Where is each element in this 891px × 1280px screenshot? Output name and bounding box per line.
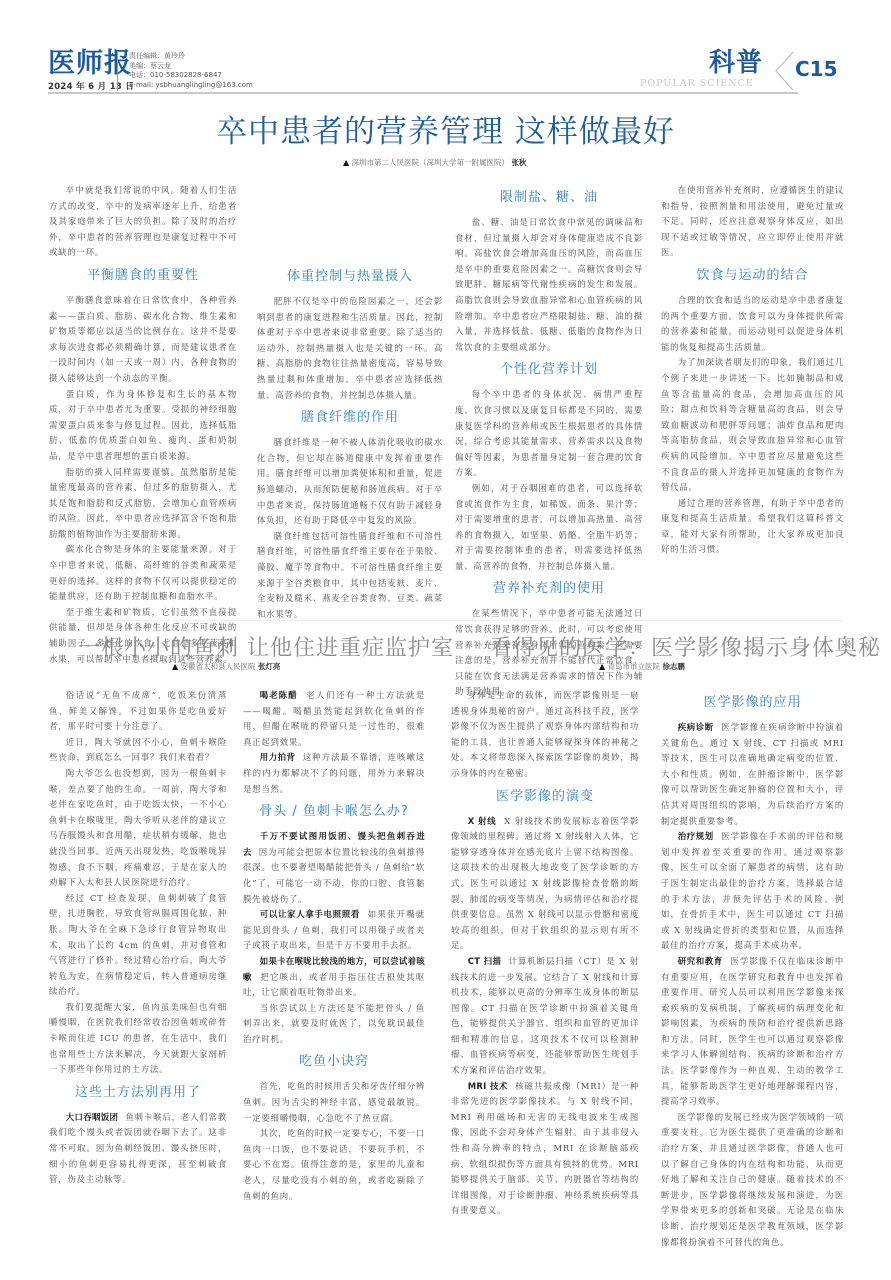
paragraph: 为了加深读者朋友们的印象，我们通过几个例子来进一步讲述一下。比如腌制品和咸鱼等含… bbox=[661, 355, 844, 495]
section-heading: 医学影像的应用 bbox=[661, 694, 844, 712]
byline-author: 张秋 bbox=[511, 158, 526, 167]
article1-column-3: 限制盐、糖、油 盐、糖、油是日常饮食中常见的调味品和食材，但过量摄入却会对身体健… bbox=[455, 183, 643, 700]
tip-paragraph: MRI 技术 核磁共振成像（MRI）是一种非常先进的医学影像技术。与 X 射线不… bbox=[451, 1079, 639, 1219]
paragraph: 每个卒中患者的身体状况、病情严重程度、饮食习惯以及康复目标都是不同的，需要康复医… bbox=[455, 387, 643, 481]
paragraph: 当你尝试以上方法还是不能把骨头 / 鱼刺弄出来，就要及时就医了，以免耽误最佳治疗… bbox=[243, 1001, 425, 1048]
section-heading: 体重控制与热量摄入 bbox=[257, 268, 443, 286]
paragraph: 膳食纤维包括可溶性膳食纤维和不可溶性膳食纤维，可溶性膳食纤维主要存在于果胶、藻胶… bbox=[257, 529, 443, 623]
triangle-icon: ▲ bbox=[172, 662, 178, 671]
tip-paragraph: 可以让家人拿手电照照看 如果张开嘴就能见到骨头 / 鱼刺，我们可以用镊子或者夹子… bbox=[243, 907, 425, 954]
paragraph: 平衡膳食意味着在日常饮食中，各种营养素——蛋白质、脂肪、碳水化合物、维生素和矿物… bbox=[49, 293, 237, 387]
tip-paragraph: 疾病诊断 医学影像在疾病诊断中扮演着关键角色。通过 X 射线、CT 扫描或 MR… bbox=[661, 720, 844, 829]
tip-paragraph: CT 扫描 计算机断层扫描（CT）是 X 射线技术的进一步发展。它结合了 X 射… bbox=[451, 954, 639, 1079]
tip-label: 治疗规划 bbox=[678, 831, 714, 841]
article1-column-1: 卒中就是我们常说的中风。随着人们生活方式的改变，卒中的发病率逐年上升，给患者及其… bbox=[49, 183, 237, 667]
tip-paragraph: 研究和教育 医学影像不仅在临床诊断中有重要应用，在医学研究和教育中也发挥着重要作… bbox=[661, 954, 844, 1110]
newspaper-logo: 医师报 bbox=[48, 49, 132, 79]
paragraph: 盐、糖、油是日常饮食中常见的调味品和食材，但过量摄入却会对身体健康造成不良影响。… bbox=[455, 215, 643, 355]
section-heading: 膳食纤维的作用 bbox=[257, 409, 443, 427]
masthead-rule bbox=[48, 92, 798, 94]
byline-org: 青岛市市立医院 bbox=[608, 662, 661, 671]
section-heading: 这些土方法别再用了 bbox=[49, 1084, 227, 1102]
section-heading: 个性化营养计划 bbox=[455, 361, 643, 379]
paragraph: 陶大爷怎么也没想到，因为一根鱼刺卡喉，差点要了他的生命。一周前，陶大爷和老伴在家… bbox=[49, 766, 227, 891]
article1-byline: ▲ 深圳市第二人民医院（深圳大学第一附属医院） 张秋 bbox=[343, 157, 526, 168]
paragraph: 其次，吃鱼的时候一定要专心，不要一口鱼肉一口饭，也不要说话，不要玩手机，不要心不… bbox=[243, 1126, 425, 1204]
page-number: C15 bbox=[795, 57, 838, 81]
paragraph: 身体是生命的载体，而医学影像则是一扇透视身体奥秘的窗户。通过高科技手段，医学影像… bbox=[451, 688, 639, 782]
paragraph: 合理的饮食和适当的运动是卒中患者康复的两个重要方面。饮食可以为身体提供所需的营养… bbox=[661, 293, 844, 355]
byline-org: 深圳市第二人民医院（深圳大学第一附属医院） bbox=[352, 158, 510, 167]
masthead-divider bbox=[117, 51, 118, 91]
editor-phone: 电话：010-58302828-6847 bbox=[129, 71, 253, 81]
tip-paragraph: 如果卡在喉咙比较浅的地方，可以尝试着咳嗽 把它咳出，或者用手指压住舌根使其呕吐，… bbox=[243, 954, 425, 1001]
tip-label: MRI 技术 bbox=[468, 1081, 508, 1091]
paragraph: 在使用营养补充剂时，应遵循医生的建议和指导，按照剂量和用法使用，避免过量或不足。… bbox=[661, 183, 844, 261]
tip-label: 疾病诊断 bbox=[678, 722, 714, 732]
tip-paragraph: 用力拍背 这种方法最不靠谱，连咳嗽这样的内力都解决不了的问题，用外力来解决是想当… bbox=[243, 750, 425, 797]
editor-info: 责任编辑：黄玲玲 美编：蔡云龙 电话：010-58302828-6847 E-m… bbox=[129, 52, 253, 90]
paragraph: 蛋白质，作为身体修复和生长的基本物质，对于卒中患者尤为重要。受损的神经细胞需要蛋… bbox=[49, 387, 237, 465]
tip-paragraph: 千万不要试图用饭团、馒头把鱼刺吞进去 因为可能会把原本位置比较浅的鱼刺推得很深。… bbox=[243, 829, 425, 907]
paragraph: 俗话说“无鱼不成席”，吃饭来份清蒸鱼，鲜美又解馋。不过如果你是吃鱼爱好者，那平时… bbox=[49, 688, 227, 735]
article1-column-4: 在使用营养补充剂时，应遵循医生的建议和指导，按照剂量和用法使用，避免过量或不足。… bbox=[661, 183, 844, 558]
paragraph: 首先，吃鱼的时候用舌尖和牙齿仔细分辨鱼刺。因为舌尖的神经丰富，感觉最敏锐。一定要… bbox=[243, 1079, 425, 1126]
designer-name: 美编：蔡云龙 bbox=[129, 62, 253, 72]
editor-name: 责任编辑：黄玲玲 bbox=[129, 52, 253, 62]
article3-column-1: 身体是生命的载体，而医学影像则是一扇透视身体奥秘的窗户。通过高科技手段，医学影像… bbox=[451, 688, 639, 1219]
byline-author: 张灯亮 bbox=[258, 662, 281, 671]
tip-label: 可以让家人拿手电照照看 bbox=[260, 909, 360, 919]
section-heading: 平衡膳食的重要性 bbox=[49, 267, 237, 285]
section-divider bbox=[48, 620, 843, 621]
section-name-english: POPULAR SCIENCE bbox=[640, 78, 754, 89]
triangle-icon: ▲ bbox=[343, 158, 349, 167]
editor-email: E-mail: ysbhuanglingling@163.com bbox=[129, 81, 253, 91]
article3-title: 看得见的医学：医学影像揭示身体奥秘 bbox=[490, 635, 881, 663]
paragraph: 经过 CT 检查发现，鱼刺刺破了食管壁，扎进胸腔，导致食管纵膈周围化脓、肿胀。陶… bbox=[49, 891, 227, 1000]
section-heading: 营养补充剂的使用 bbox=[455, 580, 643, 598]
paragraph: 例如，对于吞咽困难的患者，可以选择软食或流食作为主食，如稀饭、面条、果汁等；对于… bbox=[455, 481, 643, 575]
tip-label: 研究和教育 bbox=[678, 956, 723, 966]
byline-author: 徐志鹏 bbox=[662, 662, 685, 671]
section-heading: 吃鱼小诀窍 bbox=[243, 1053, 425, 1071]
tip-label: CT 扫描 bbox=[468, 956, 502, 966]
article1-column-2: 体重控制与热量摄入 肥胖不仅是卒中的危险因素之一，还会影响到患者的康复进程和生活… bbox=[257, 262, 443, 622]
paragraph: 我们要提醒大家，鱼肉虽美味但也有细嚼慢咽，在医院我们经常收治因鱼刺或碎骨卡喉而住… bbox=[49, 1000, 227, 1078]
paragraph: 医学影像的发展已经成为医学领域的一项重要支柱，它为医生提供了更准确的诊断和治疗方… bbox=[661, 1110, 844, 1250]
article3-column-2: 医学影像的应用 疾病诊断 医学影像在疾病诊断中扮演着关键角色。通过 X 射线、C… bbox=[661, 688, 844, 1250]
section-heading: 饮食与运动的结合 bbox=[661, 267, 844, 285]
paragraph: 通过合理的营养管理，有助于卒中患者的康复和提高生活质量。希望我们这篇科普文章，能… bbox=[661, 496, 844, 558]
tip-label: X 射线 bbox=[468, 816, 497, 826]
section-heading: 限制盐、糖、油 bbox=[455, 189, 643, 207]
paragraph: 肥胖不仅是卒中的危险因素之一，还会影响到患者的康复进程和生活质量。因此，控制体重… bbox=[257, 294, 443, 403]
section-heading: 骨头 / 鱼刺卡喉怎么办? bbox=[243, 803, 425, 821]
tip-paragraph: 大口吞咽饭团 鱼刺卡喉后，老人们常教我们吃个馒头或者饭团就吞咽下去了。这非常不可… bbox=[49, 1110, 227, 1188]
tip-paragraph: 治疗规划 医学影像在手术前的评估和规划中发挥着至关重要的作用。通过观察影像，医生… bbox=[661, 829, 844, 954]
issue-date: 2024 年 6 月 13 日 bbox=[48, 80, 134, 92]
section-heading: 医学影像的演变 bbox=[451, 788, 639, 806]
paragraph: 近日，陶大爷就因不小心，鱼刺卡喉险些丧命，到底怎么一回事？我们来看看？ bbox=[49, 735, 227, 766]
article3-byline: ▲ 青岛市市立医院 徐志鹏 bbox=[599, 661, 685, 672]
tip-paragraph: X 射线 X 射线技术的发展标志着医学影像领域的里程碑。通过将 X 射线射入人体… bbox=[451, 814, 639, 954]
article2-column-1: 俗话说“无鱼不成席”，吃饭来份清蒸鱼，鲜美又解馋。不过如果你是吃鱼爱好者，那平时… bbox=[49, 688, 227, 1188]
article2-byline: ▲ 安徽省太和县人民医院 张灯亮 bbox=[172, 661, 280, 672]
tip-paragraph: 喝老陈醋 老人们还有一种土方法就是——喝醋。喝醋虽然能起到软化鱼刺的作用，但醋在… bbox=[243, 688, 425, 750]
section-name: 科普 bbox=[709, 48, 763, 78]
article1-title: 卒中患者的营养管理 这样做最好 bbox=[0, 112, 891, 152]
paragraph: 卒中就是我们常说的中风。随着人们生活方式的改变，卒中的发病率逐年上升，给患者及其… bbox=[49, 183, 237, 261]
triangle-icon: ▲ bbox=[599, 662, 605, 671]
article2-title: 一根小小的鱼刺 让他住进重症监护室 bbox=[78, 635, 454, 663]
article2-column-2: 喝老陈醋 老人们还有一种土方法就是——喝醋。喝醋虽然能起到软化鱼刺的作用，但醋在… bbox=[243, 688, 425, 1204]
paragraph: 碳水化合物是身体的主要能量来源。对于卒中患者来说，低糖、高纤维的谷类和蔬菜是更好… bbox=[49, 542, 237, 604]
byline-org: 安徽省太和县人民医院 bbox=[181, 662, 256, 671]
tip-label: 大口吞咽饭团 bbox=[66, 1112, 118, 1122]
tip-label: 用力拍背 bbox=[260, 752, 296, 762]
paragraph: 脂肪的摄入同样需要谨慎。虽然脂肪是能量密度最高的营养素，但过多的脂肪摄入，尤其是… bbox=[49, 465, 237, 543]
paragraph: 膳食纤维是一种不被人体消化吸收的碳水化合物，但它却在肠道健康中发挥着重要作用。膳… bbox=[257, 435, 443, 529]
tip-label: 喝老陈醋 bbox=[260, 690, 298, 700]
chevron-left-icon bbox=[773, 50, 797, 92]
